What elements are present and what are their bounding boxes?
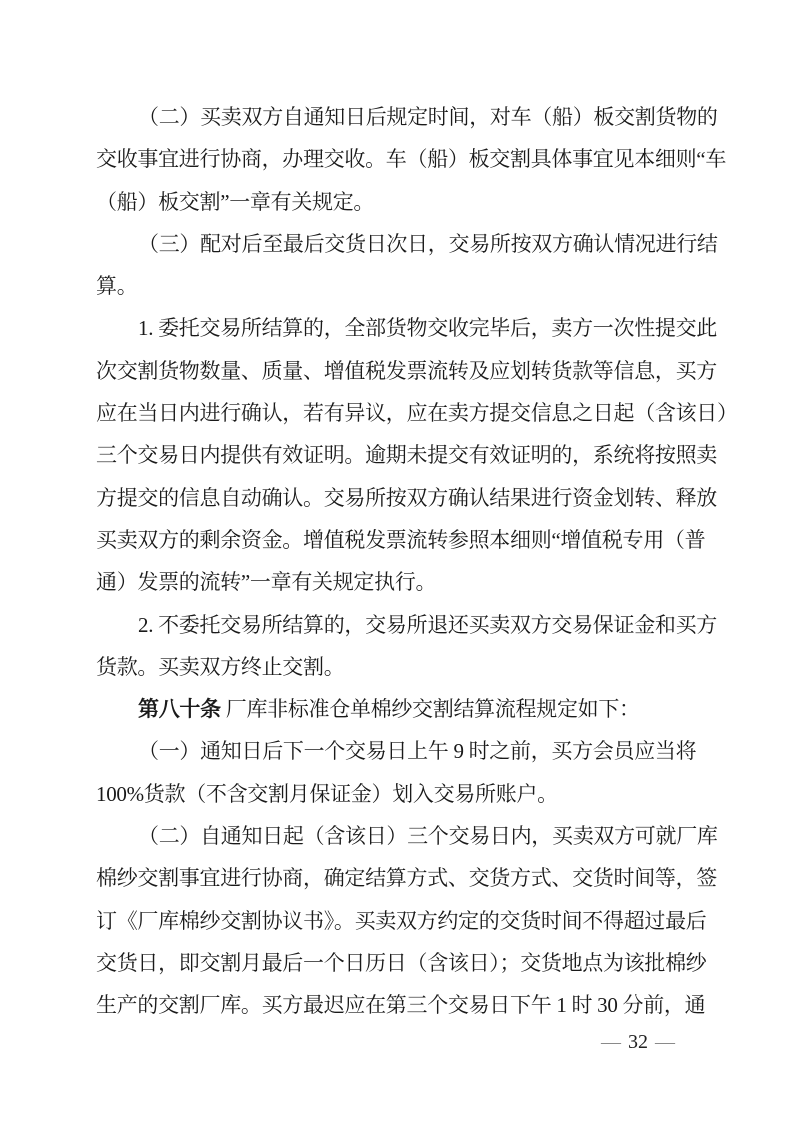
text-line: 交收事宜进行协商，办理交收。车（船）板交割具体事宜见本细则“车 <box>96 138 708 180</box>
text-line: 方提交的信息自动确认。交易所按双方确认结果进行资金划转、释放 <box>96 477 708 519</box>
text-line: 订《厂库棉纱交割协议书》。买卖双方约定的交货时间不得超过最后 <box>96 900 708 942</box>
text-line: （船）板交割”一章有关规定。 <box>96 181 708 223</box>
text-line: （一）通知日后下一个交易日上午 9 时之前，买方会员应当将 <box>96 730 708 772</box>
text-line: 三个交易日内提供有效证明。逾期未提交有效证明的，系统将按照卖 <box>96 434 708 476</box>
text-line: （三）配对后至最后交货日次日，交易所按双方确认情况进行结 <box>96 223 708 265</box>
text-line: 应在当日内进行确认，若有异议，应在卖方提交信息之日起（含该日） <box>96 392 708 434</box>
document-page: （二）买卖双方自通知日后规定时间，对车（船）板交割货物的交收事宜进行协商，办理交… <box>0 0 793 1122</box>
text-line: 算。 <box>96 265 708 307</box>
text-line: 买卖双方的剩余资金。增值税发票流转参照本细则“增值税专用（普 <box>96 519 708 561</box>
text-line: 2. 不委托交易所结算的，交易所退还买卖双方交易保证金和买方 <box>96 604 708 646</box>
page-number: —32— <box>594 1030 682 1054</box>
page-number-value: 32 <box>628 1031 648 1053</box>
page-number-dash-right: — <box>648 1031 682 1053</box>
text-line: 交货日，即交割月最后一个日历日（含该日）；交货地点为该批棉纱 <box>96 942 708 984</box>
text-line: 货款。买卖双方终止交割。 <box>96 646 708 688</box>
text-line: 通）发票的流转”一章有关规定执行。 <box>96 561 708 603</box>
text-line: 1. 委托交易所结算的，全部货物交收完毕后，卖方一次性提交此 <box>96 307 708 349</box>
text-line: （二）买卖双方自通知日后规定时间，对车（船）板交割货物的 <box>96 96 708 138</box>
article-number-heading: 第八十条 <box>138 697 221 721</box>
page-number-dash-left: — <box>594 1031 628 1053</box>
text-line: 第八十条 厂库非标准仓单棉纱交割结算流程规定如下： <box>96 688 708 730</box>
text-line: 生产的交割厂库。买方最迟应在第三个交易日下午 1 时 30 分前，通 <box>96 984 708 1026</box>
text-line: （二）自通知日起（含该日）三个交易日内，买卖双方可就厂库 <box>96 815 708 857</box>
text-line: 次交割货物数量、质量、增值税发票流转及应划转货款等信息，买方 <box>96 350 708 392</box>
text-line: 棉纱交割事宜进行协商，确定结算方式、交货方式、交货时间等，签 <box>96 857 708 899</box>
document-body: （二）买卖双方自通知日后规定时间，对车（船）板交割货物的交收事宜进行协商，办理交… <box>96 96 708 1027</box>
text-line: 100%货款（不含交割月保证金）划入交易所账户。 <box>96 773 708 815</box>
